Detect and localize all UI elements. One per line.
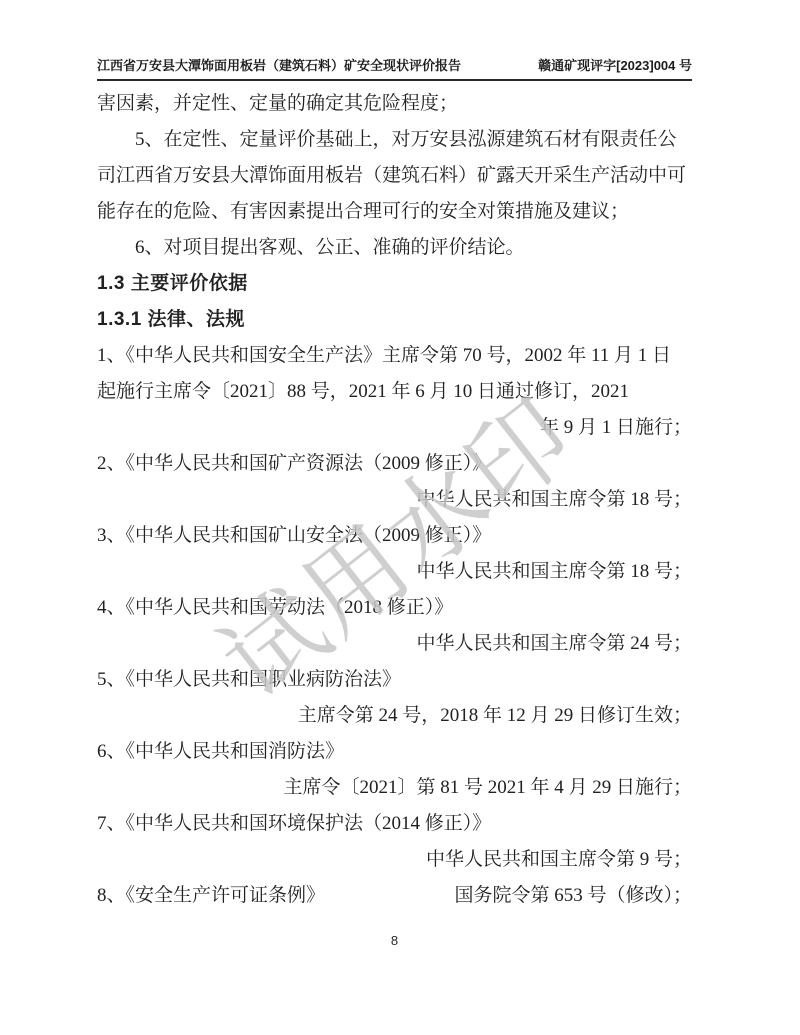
text-line-right: 国务院令第 653 号（修改）； [454,878,692,914]
text-line: 1、《中华人民共和国安全生产法》主席令第 70 号，2002 年 11 月 1 … [97,338,692,374]
text-line: 主席令第 24 号，2018 年 12 月 29 日修订生效； [97,698,692,734]
text-line: 4、《中华人民共和国劳动法（2018 修正）》 [97,590,692,626]
page-content: 江西省万安县大潭饰面用板岩（建筑石料）矿安全现状评价报告 赣通矿现评字[2023… [97,57,692,948]
text-line: 6、《中华人民共和国消防法》 [97,734,692,770]
page-header: 江西省万安县大潭饰面用板岩（建筑石料）矿安全现状评价报告 赣通矿现评字[2023… [97,57,692,81]
text-line: 起施行主席令〔2021〕88 号，2021 年 6 月 10 日通过修订，202… [97,374,692,410]
text-line: 5、《中华人民共和国职业病防治法》 [97,662,692,698]
text-line: 中华人民共和国主席令第 18 号； [97,482,692,518]
text-line-left: 8、《安全生产许可证条例》 [97,878,325,914]
text-line: 5、在定性、定量评价基础上，对万安县泓源建筑石材有限责任公 [97,122,692,158]
section-heading: 1.3.1 法律、法规 [97,302,692,338]
text-line: 2、《中华人民共和国矿产资源法（2009 修正）》 [97,446,692,482]
text-line: 司江西省万安县大潭饰面用板岩（建筑石料）矿露天开采生产活动中可 [97,158,692,194]
text-line: 中华人民共和国主席令第 9 号； [97,842,692,878]
header-doc-number: 赣通矿现评字[2023]004 号 [538,57,692,74]
text-line: 能存在的危险、有害因素提出合理可行的安全对策措施及建议； [97,194,692,230]
text-line: 8、《安全生产许可证条例》国务院令第 653 号（修改）； [97,878,692,914]
text-line: 7、《中华人民共和国环境保护法（2014 修正）》 [97,806,692,842]
text-line: 年 9 月 1 日施行； [97,410,692,446]
text-line: 害因素，并定性、定量的确定其危险程度； [97,86,692,122]
text-line: 中华人民共和国主席令第 24 号； [97,626,692,662]
document-page: 试用水印 江西省万安县大潭饰面用板岩（建筑石料）矿安全现状评价报告 赣通矿现评字… [0,0,800,1035]
page-number: 8 [97,933,692,948]
text-line: 3、《中华人民共和国矿山安全法（2009 修正）》 [97,518,692,554]
header-title: 江西省万安县大潭饰面用板岩（建筑石料）矿安全现状评价报告 [97,57,461,74]
document-body: 害因素，并定性、定量的确定其危险程度；5、在定性、定量评价基础上，对万安县泓源建… [97,86,692,914]
text-line: 主席令〔2021〕第 81 号 2021 年 4 月 29 日施行； [97,770,692,806]
section-heading: 1.3 主要评价依据 [97,266,692,302]
text-line: 中华人民共和国主席令第 18 号； [97,554,692,590]
text-line: 6、对项目提出客观、公正、准确的评价结论。 [97,230,692,266]
